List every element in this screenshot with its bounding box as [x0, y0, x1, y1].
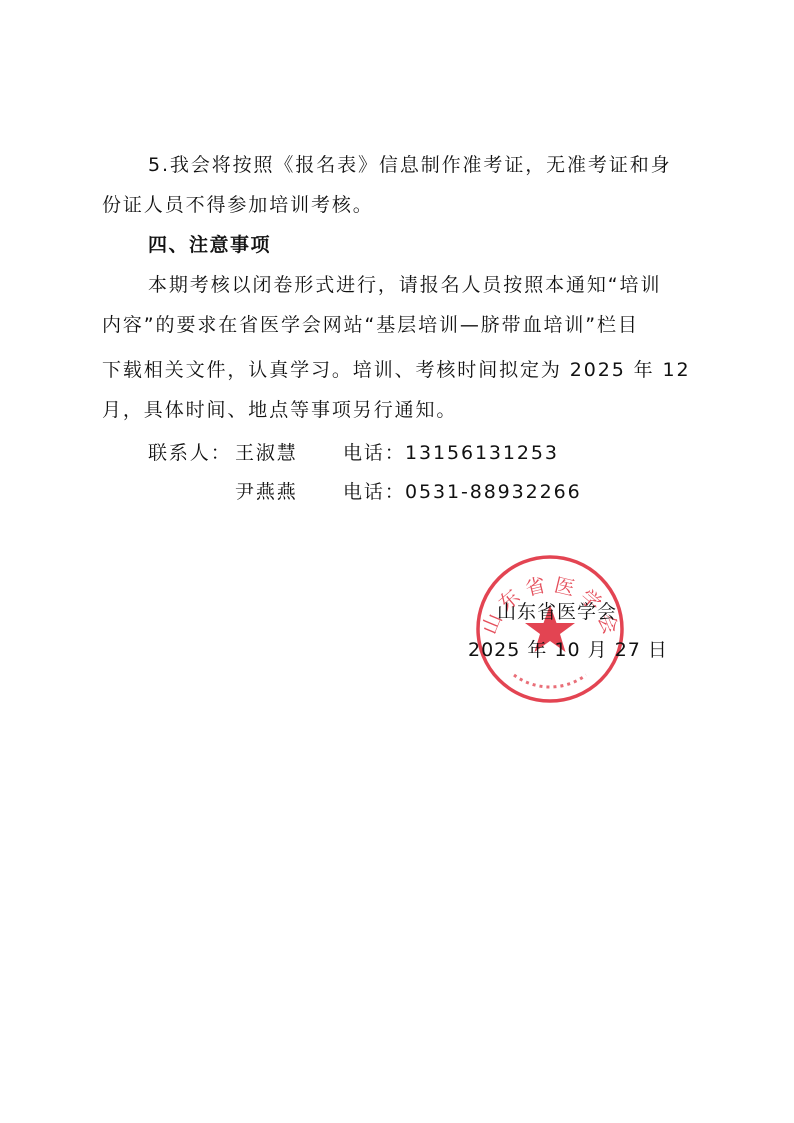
signature-date: 2025 年 10 月 27 日 [468, 638, 668, 662]
section-heading: 四、注意事项 [148, 233, 748, 257]
contact-phone-2: 0531-88932266 [405, 480, 582, 504]
notice-line-3: 下载相关文件，认真学习。培训、考核时间拟定为 2025 年 12 [102, 358, 702, 382]
official-seal-icon: 山 东 省 医 学 会 [474, 553, 626, 705]
contact-phone-label-1: 电话： [343, 441, 406, 465]
document-page: 5.我会将按照《报名表》信息制作准考证，无准考证和身 份证人员不得参加培训考核。… [0, 0, 794, 1123]
contact-phone-label-2: 电话： [343, 480, 406, 504]
paragraph-item-5-line-2: 份证人员不得参加培训考核。 [102, 193, 702, 217]
notice-line-1: 本期考核以闭卷形式进行，请报名人员按照本通知“培训 [148, 273, 748, 297]
paragraph-item-5-line-1: 5.我会将按照《报名表》信息制作准考证，无准考证和身 [148, 153, 748, 177]
notice-line-2: 内容”的要求在省医学会网站“基层培训—脐带血培训”栏目 [102, 313, 702, 337]
contact-label: 联系人： [148, 441, 232, 465]
contact-name-2: 尹燕燕 [235, 480, 298, 504]
contact-name-1: 王淑慧 [235, 441, 298, 465]
signature-organization: 山东省医学会 [497, 600, 617, 624]
notice-line-4: 月，具体时间、地点等事项另行通知。 [102, 398, 702, 422]
contact-phone-1: 13156131253 [405, 441, 559, 465]
